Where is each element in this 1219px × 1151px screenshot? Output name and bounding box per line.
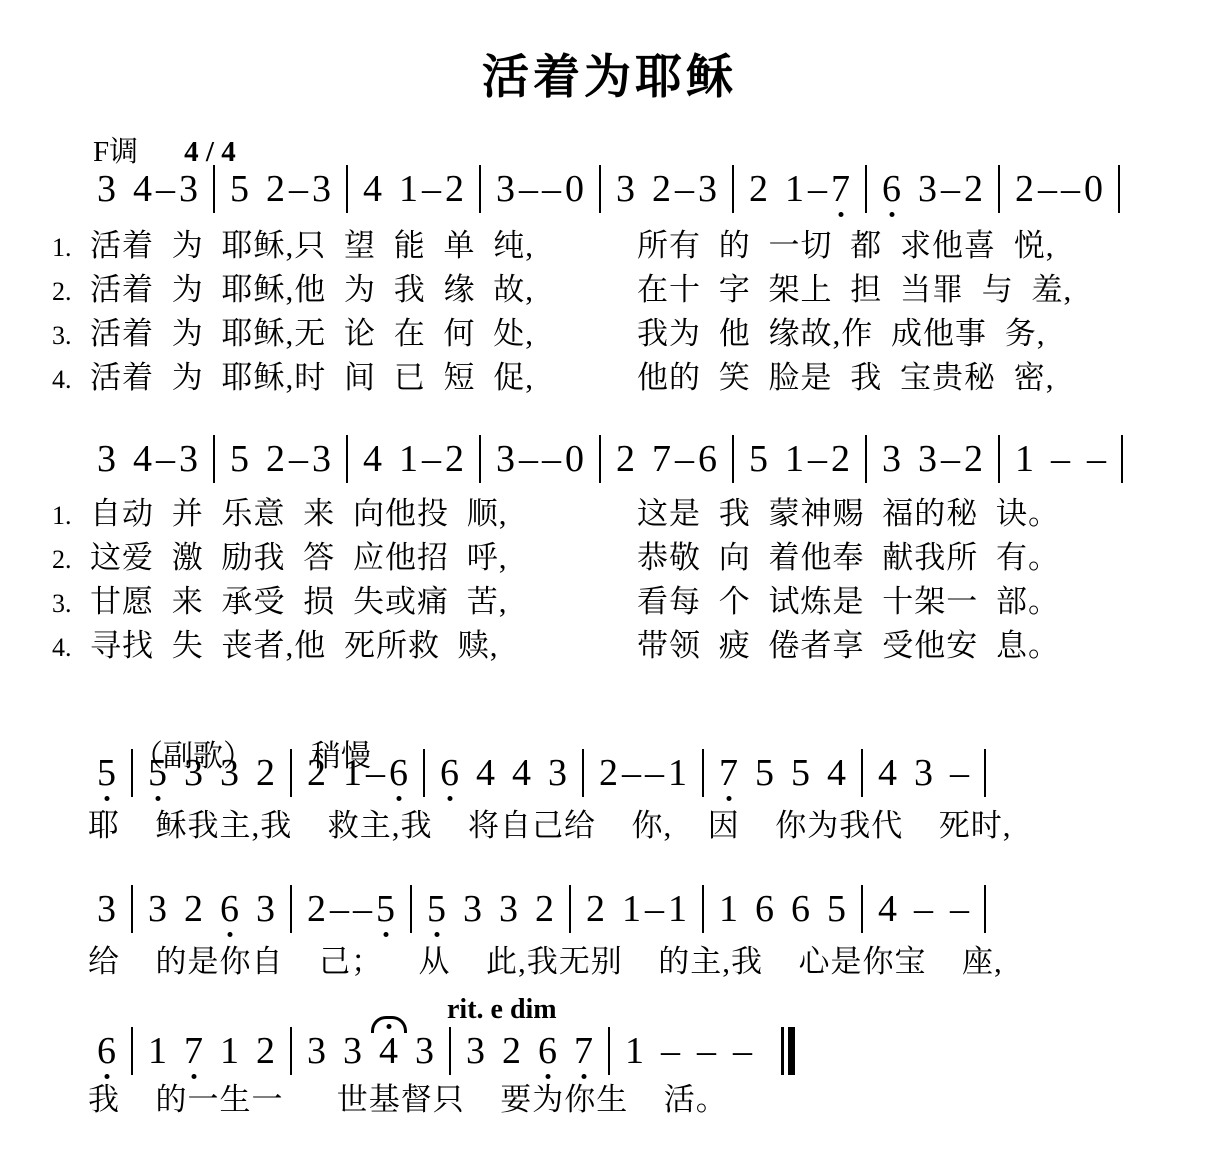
expression-marking: rit. e dim [447, 994, 557, 1026]
sheet-music-page: 活着为耶稣 F调4 / 4 34–352–341–23––032–321–763… [0, 0, 1219, 1151]
verse-text-left: 活着 为 耶稣,时 间 已 短 促, [90, 362, 637, 394]
verse-line: 3. 活着 为 耶稣,无 论 在 何 处, 我为 他 缘故,作 成他事 务, [52, 318, 1192, 351]
verse-line: 4. 寻找 失 丧者,他 死所救 赎, 带领 疲 倦者享 受他安 息。 [52, 630, 1192, 663]
chorus-lyric-line-3: 我 的一生一 世基督只 要为你生 活。 [88, 1084, 728, 1116]
verse-number: 4. [52, 633, 90, 663]
melody-line-chorus-3: rit. e dim 61712334332671––– [95, 1022, 795, 1080]
verse-text-right: 所有 的 一切 都 求他喜 悦, [637, 230, 1055, 262]
melody-line-verse-second-half: 34–352–341–23––027–651–233–21–– [95, 430, 1136, 488]
verse-text-right: 看每 个 试炼是 十架一 部。 [637, 586, 1060, 618]
verse-text-left: 这爱 激 励我 答 应他招 呼, [90, 542, 637, 574]
verse-number: 2. [52, 545, 90, 575]
verse-line: 4. 活着 为 耶稣,时 间 已 短 促, 他的 笑 脸是 我 宝贵秘 密, [52, 362, 1192, 395]
verse-text-left: 活着 为 耶稣,无 论 在 何 处, [90, 318, 637, 350]
verse-block-second-half: 1. 自动 并 乐意 来 向他投 顺, 这是 我 蒙神赐 福的秘 诀。 2. 这… [52, 498, 1192, 674]
verse-text-left: 活着 为 耶稣,他 为 我 缘 故, [90, 274, 637, 306]
verse-text-right: 在十 字 架上 担 当罪 与 羞, [637, 274, 1072, 306]
verse-text-right: 我为 他 缘故,作 成他事 务, [637, 318, 1046, 350]
melody-line-chorus-1: 5533221–664432––1755443– [95, 744, 999, 802]
verse-number: 2. [52, 277, 90, 307]
verse-text-left: 自动 并 乐意 来 向他投 顺, [90, 498, 637, 530]
verse-number: 3. [52, 589, 90, 619]
chorus-lyric-line-2: 给 的是你自 己； 从 此,我无别 的主,我 心是你宝 座, [88, 946, 1003, 978]
verse-number: 1. [52, 233, 90, 263]
verse-block-first-half: 1. 活着 为 耶稣,只 望 能 单 纯, 所有 的 一切 都 求他喜 悦, 2… [52, 230, 1192, 406]
verse-text-right: 这是 我 蒙神赐 福的秘 诀。 [637, 498, 1060, 530]
verse-line: 2. 活着 为 耶稣,他 为 我 缘 故, 在十 字 架上 担 当罪 与 羞, [52, 274, 1192, 307]
chorus-lyric-line-1: 耶 稣我主,我 救主,我 将自己给 你, 因 你为我代 死时, [88, 810, 1012, 842]
verse-text-left: 甘愿 来 承受 损 失或痛 苦, [90, 586, 637, 618]
verse-number: 3. [52, 321, 90, 351]
verse-line: 1. 自动 并 乐意 来 向他投 顺, 这是 我 蒙神赐 福的秘 诀。 [52, 498, 1192, 531]
verse-text-right: 带领 疲 倦者享 受他安 息。 [637, 630, 1060, 662]
verse-number: 4. [52, 365, 90, 395]
verse-line: 3. 甘愿 来 承受 损 失或痛 苦, 看每 个 试炼是 十架一 部。 [52, 586, 1192, 619]
verse-line: 1. 活着 为 耶稣,只 望 能 单 纯, 所有 的 一切 都 求他喜 悦, [52, 230, 1192, 263]
verse-text-left: 寻找 失 丧者,他 死所救 赎, [90, 630, 637, 662]
melody-line-chorus-2: 332632––5533221–116654–– [95, 880, 999, 938]
verse-text-right: 恭敬 向 着他奉 献我所 有。 [637, 542, 1060, 574]
melody-line-verse-first-half: 34–352–341–23––032–321–763–22––0 [95, 160, 1133, 218]
verse-text-left: 活着 为 耶稣,只 望 能 单 纯, [90, 230, 637, 262]
verse-text-right: 他的 笑 脸是 我 宝贵秘 密, [637, 362, 1055, 394]
verse-line: 2. 这爱 激 励我 答 应他招 呼, 恭敬 向 着他奉 献我所 有。 [52, 542, 1192, 575]
verse-number: 1. [52, 501, 90, 531]
